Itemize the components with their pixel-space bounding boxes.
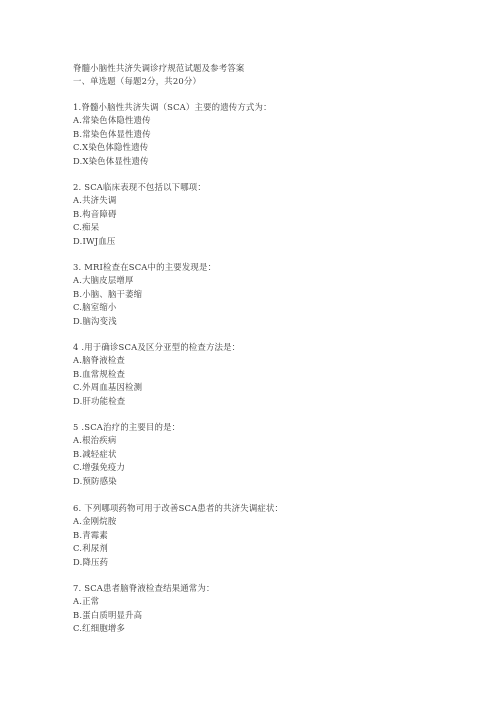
section-heading: 一、单选题（每题2分，共20分） [73, 76, 201, 87]
option: C.痴呆 [73, 222, 99, 233]
option: B.减轻症状 [73, 449, 117, 460]
option: D.X染色体显性遗传 [73, 156, 149, 167]
question-stem: 7. SCA患者脑脊液检查结果通常为： [73, 583, 215, 594]
option: D.IWJ血压 [73, 236, 116, 247]
option: B.青霉素 [73, 530, 108, 541]
question-stem: 1.脊髓小脑性共济失调（SCA）主要的遗传方式为： [73, 102, 272, 113]
option: D.预防感染 [73, 476, 117, 487]
document-page: 脊髓小脑性共济失调诊疗规范试题及参考答案 一、单选题（每题2分，共20分） 1.… [0, 0, 500, 707]
option: B.构音障碍 [73, 209, 117, 220]
option: A.金刚烷胺 [73, 516, 116, 527]
option: A.大脑皮层增厚 [73, 275, 134, 286]
option: A.常染色体隐性遗传 [73, 115, 151, 126]
option: A.共济失调 [73, 195, 116, 206]
question-stem: 6. 下列哪项药物可用于改善SCA患者的共济失调症状： [73, 503, 283, 514]
option: D.肝功能检查 [73, 396, 125, 407]
option: B.小脑、脑干萎缩 [73, 289, 142, 300]
option: B.蛋白质明显升高 [73, 610, 142, 621]
question-stem: 3. MRI检查在SCA中的主要发现是： [73, 262, 216, 273]
option: A.正常 [73, 596, 99, 607]
question-stem: 4 .用于确诊SCA及区分亚型的检查方法是： [73, 342, 240, 353]
option: D.脑沟变浅 [73, 316, 117, 327]
option: C.脑室缩小 [73, 302, 116, 313]
option: D.降压药 [73, 557, 108, 568]
option: A.脑脊液检查 [73, 355, 125, 366]
option: C.X染色体隐性遗传 [73, 142, 148, 153]
option: A.根治疾病 [73, 435, 116, 446]
option: C.外周血基因检测 [73, 382, 142, 393]
option: B.血常规检查 [73, 369, 125, 380]
question-stem: 5 .SCA治疗的主要目的是： [73, 422, 180, 433]
question-stem: 2. SCA临床表现不包括以下哪项： [73, 182, 206, 193]
option: B.常染色体显性遗传 [73, 129, 151, 140]
option: C.利尿剂 [73, 543, 108, 554]
option: C.红细胞增多 [73, 623, 125, 634]
document-title: 脊髓小脑性共济失调诊疗规范试题及参考答案 [73, 63, 245, 74]
option: C.增强免疫力 [73, 462, 125, 473]
